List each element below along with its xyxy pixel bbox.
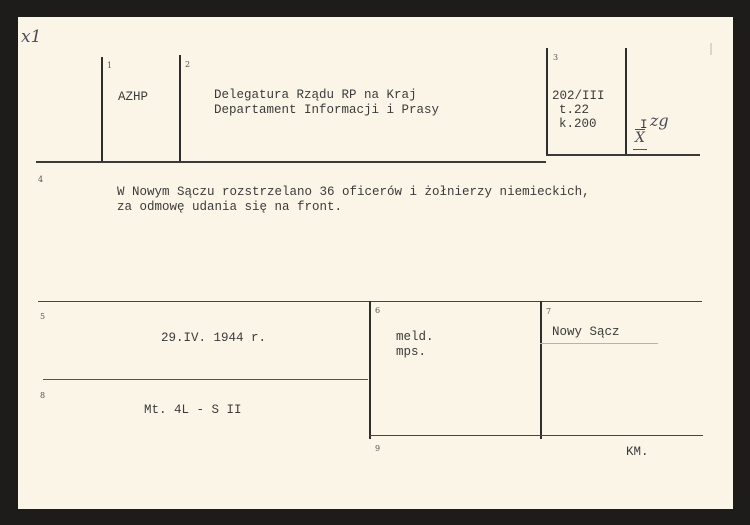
divider-field-3b (625, 48, 627, 156)
faint-mark (710, 43, 712, 55)
field-5-date: 29.IV. 1944 r. (161, 331, 266, 346)
field-8-signature: Mt. 4L - S II (144, 403, 242, 418)
field-7-place: Nowy Sącz (552, 325, 620, 340)
field-3-line-3: k.200 (559, 117, 597, 132)
initials: KM. (626, 445, 649, 460)
field-5-number: 5 (40, 312, 45, 321)
field-5-bottom-rule (43, 379, 368, 380)
field-4-number: 4 (38, 175, 43, 184)
divider-field-1 (101, 57, 103, 163)
field-3-line-1: 202/III (552, 89, 605, 104)
field-8-number: 8 (40, 391, 45, 400)
top-row-bottom-rule (36, 161, 546, 163)
divider-field-6-right (540, 301, 542, 439)
field-1-archive: AZHP (118, 90, 148, 105)
corner-mark: x1 (21, 27, 41, 47)
field-9-number: 9 (375, 444, 380, 453)
field-4-line-1: W Nowym Sączu rozstrzelano 36 oficerów i… (117, 185, 590, 200)
field-7-number: 7 (546, 307, 551, 316)
field-7-red-underline (540, 343, 658, 344)
field-3-hand-x: X (635, 130, 645, 146)
divider-field-3 (546, 48, 548, 156)
field-2-line-2: Departament Informacji i Prasy (214, 103, 439, 118)
field-4-line-2: za odmowę udania się na front. (117, 200, 342, 215)
field-3-number: 3 (553, 53, 558, 62)
field-2-number: 2 (185, 60, 190, 69)
field-6-7-bottom-rule (370, 435, 703, 436)
field-6-number: 6 (375, 306, 380, 315)
field-6-line-2: mps. (396, 345, 426, 360)
field-2-line-1: Delegatura Rządu RP na Kraj (214, 88, 417, 103)
divider-field-2 (179, 55, 181, 163)
top-row-bottom-rule-right (546, 154, 700, 156)
field-3-line-2: t.22 (559, 103, 589, 118)
field-6-line-1: meld. (396, 330, 434, 345)
hand-underline (633, 149, 647, 150)
divider-field-6-left (369, 301, 371, 439)
field-1-number: 1 (107, 61, 112, 70)
archive-index-card: x1 1 AZHP 2 Delegatura Rządu RP na Kraj … (18, 17, 733, 509)
field-3-hand-annotation: zg (650, 111, 669, 130)
